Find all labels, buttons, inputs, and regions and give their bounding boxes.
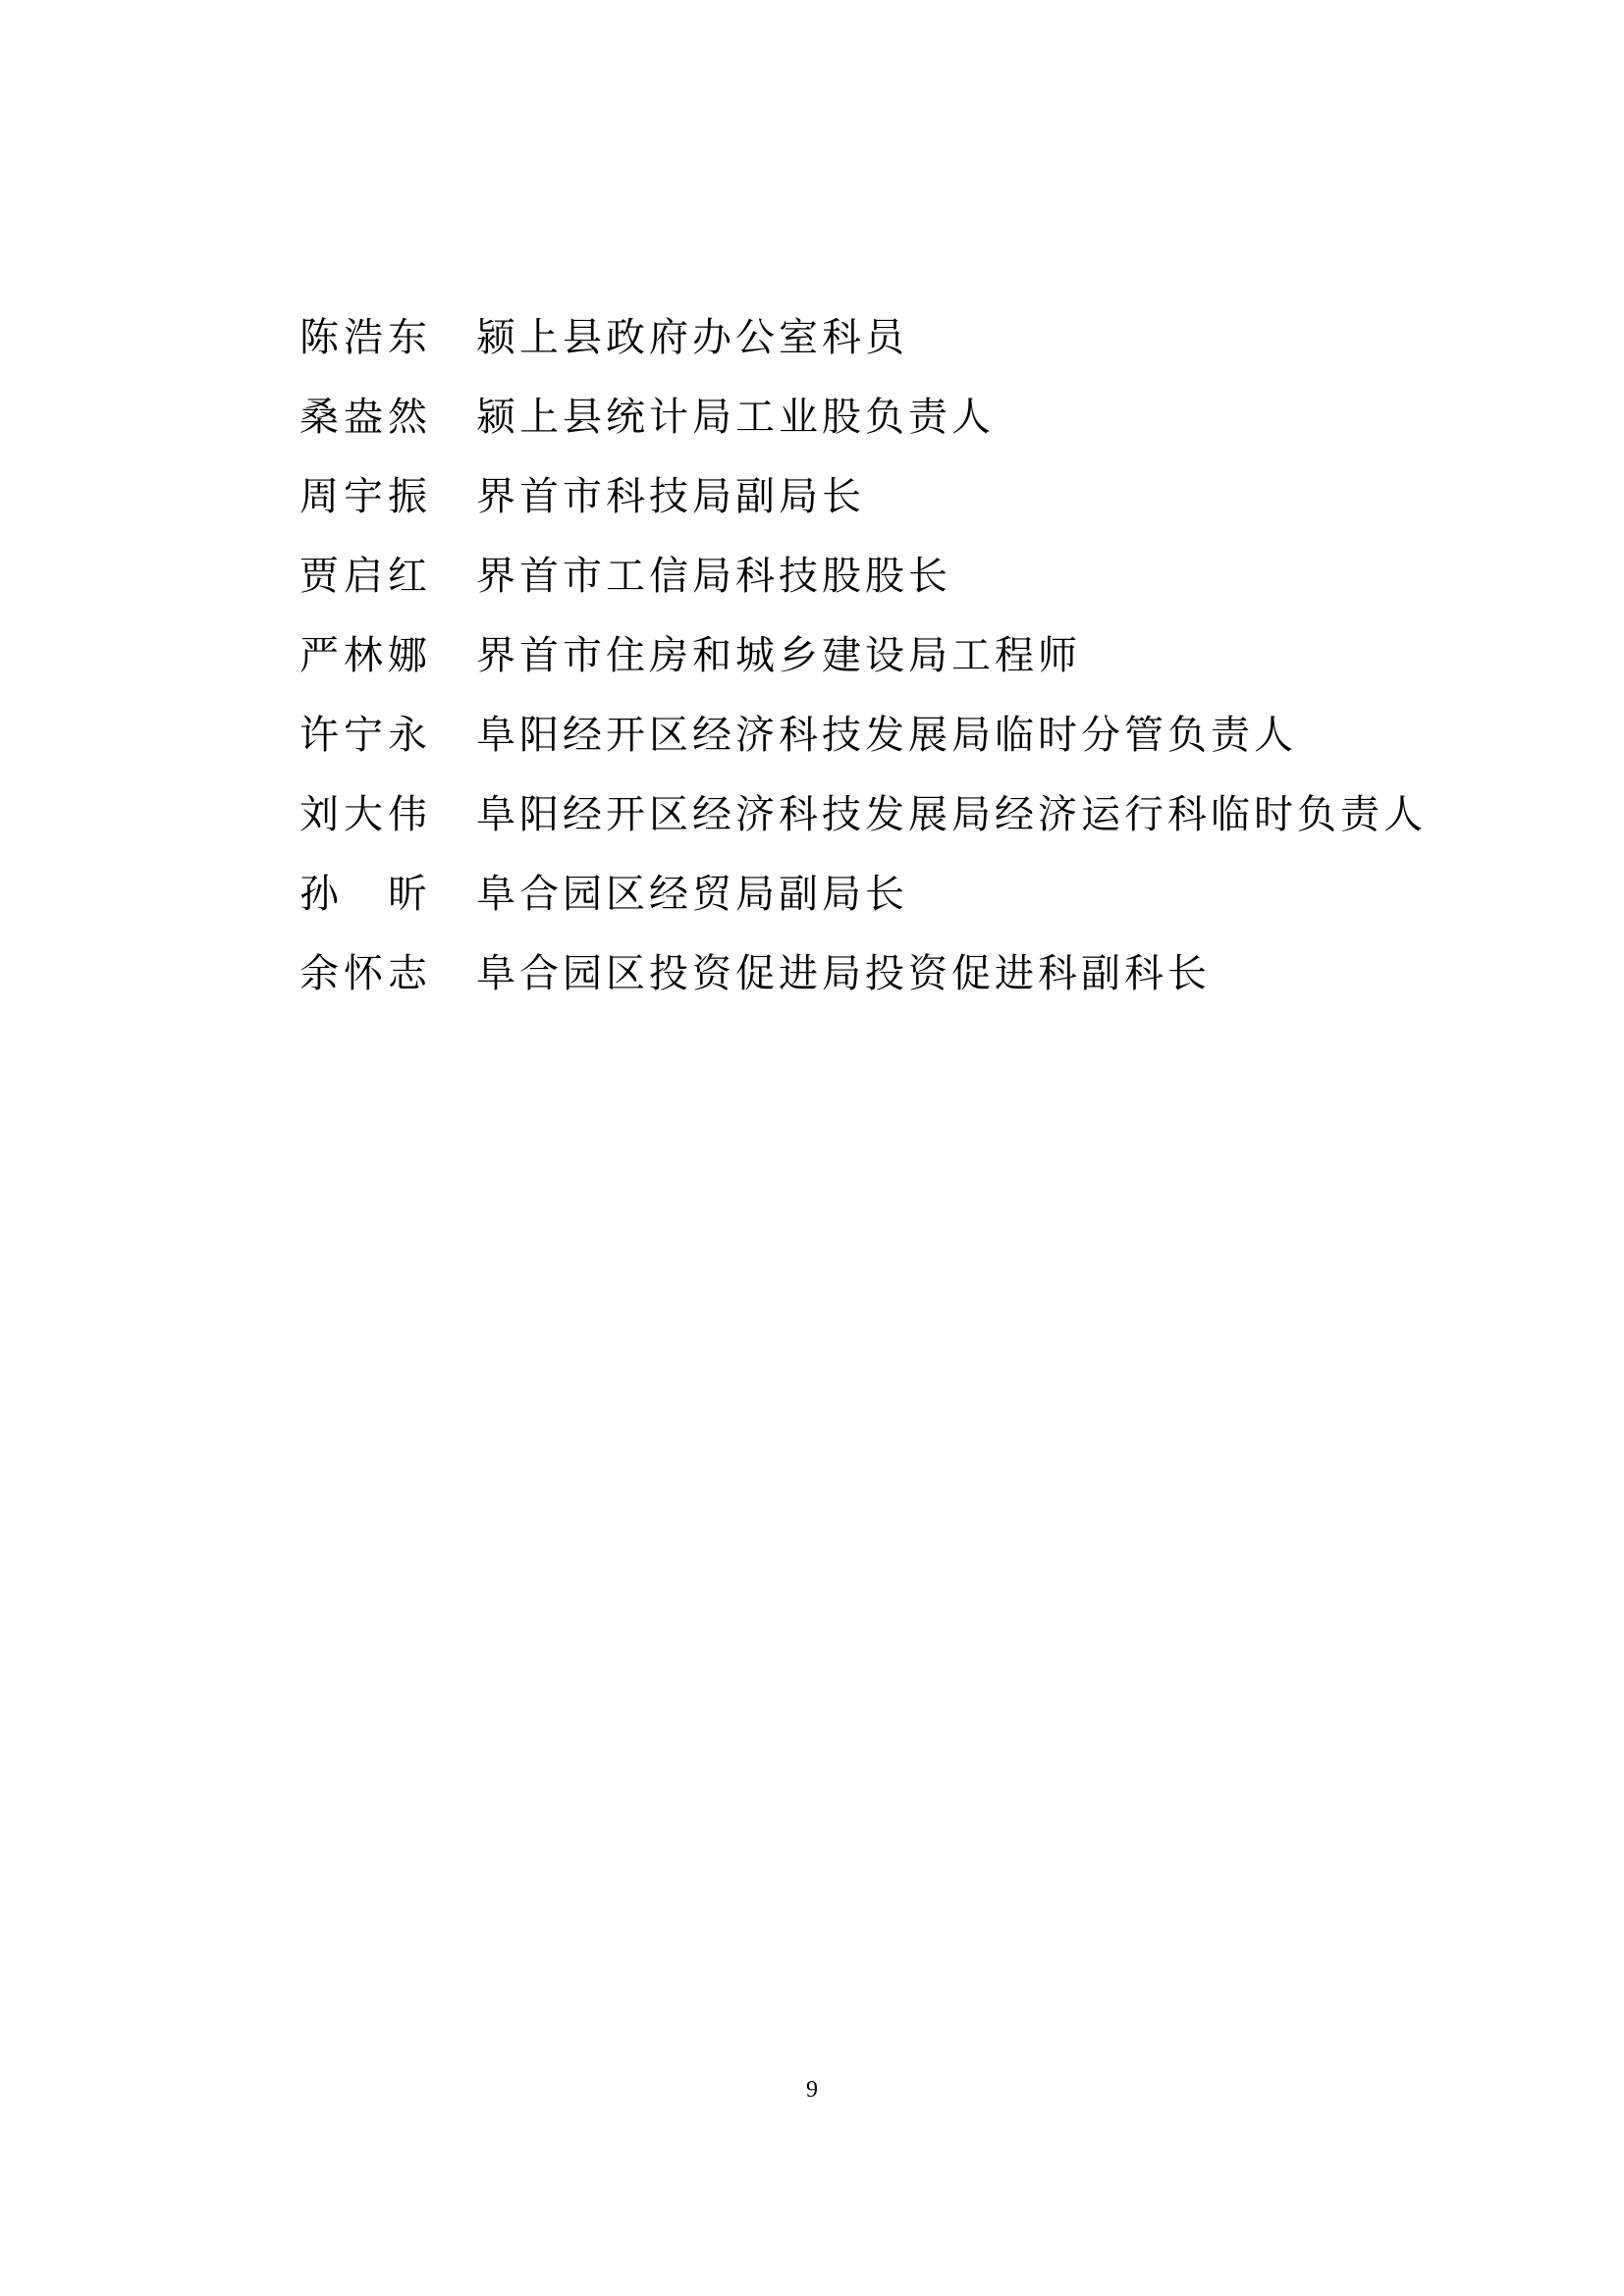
member-position: 阜合园区经贸局副局长: [476, 863, 908, 919]
member-position: 界首市住房和城乡建设局工程师: [476, 624, 1081, 680]
member-name: 余怀志: [299, 942, 476, 998]
list-item: 桑盎然 颍上县统计局工业股负责人: [299, 374, 1427, 454]
member-name: 贾启红: [299, 545, 476, 601]
member-position: 阜合园区投资促进局投资促进科副科长: [476, 942, 1211, 998]
member-name: 周宇振: [299, 465, 476, 521]
member-list: 陈浩东 颍上县政府办公室科员 桑盎然 颍上县统计局工业股负责人 周宇振 界首市科…: [299, 294, 1427, 1010]
member-position: 阜阳经开区经济科技发展局临时分管负责人: [476, 704, 1297, 760]
member-position: 界首市工信局科技股股长: [476, 545, 951, 601]
list-item: 陈浩东 颍上县政府办公室科员: [299, 294, 1427, 374]
list-item: 余怀志 阜合园区投资促进局投资促进科副科长: [299, 931, 1427, 1010]
list-item: 刘大伟 阜阳经开区经济科技发展局经济运行科临时负责人: [299, 772, 1427, 851]
list-item: 贾启红 界首市工信局科技股股长: [299, 533, 1427, 613]
member-name: 孙 昕: [299, 863, 476, 919]
member-name: 严林娜: [299, 624, 476, 680]
member-position: 颍上县统计局工业股负责人: [476, 386, 995, 442]
page-number: 9: [0, 2077, 1624, 2104]
member-position: 界首市科技局副局长: [476, 465, 865, 521]
list-item: 许宁永 阜阳经开区经济科技发展局临时分管负责人: [299, 692, 1427, 772]
list-item: 周宇振 界首市科技局副局长: [299, 454, 1427, 533]
member-name: 刘大伟: [299, 783, 476, 839]
list-item: 孙 昕 阜合园区经贸局副局长: [299, 851, 1427, 931]
list-item: 严林娜 界首市住房和城乡建设局工程师: [299, 613, 1427, 692]
member-name: 陈浩东: [299, 306, 476, 362]
member-name: 许宁永: [299, 704, 476, 760]
member-name: 桑盎然: [299, 386, 476, 442]
member-position: 阜阳经开区经济科技发展局经济运行科临时负责人: [476, 783, 1427, 839]
member-position: 颍上县政府办公室科员: [476, 306, 908, 362]
